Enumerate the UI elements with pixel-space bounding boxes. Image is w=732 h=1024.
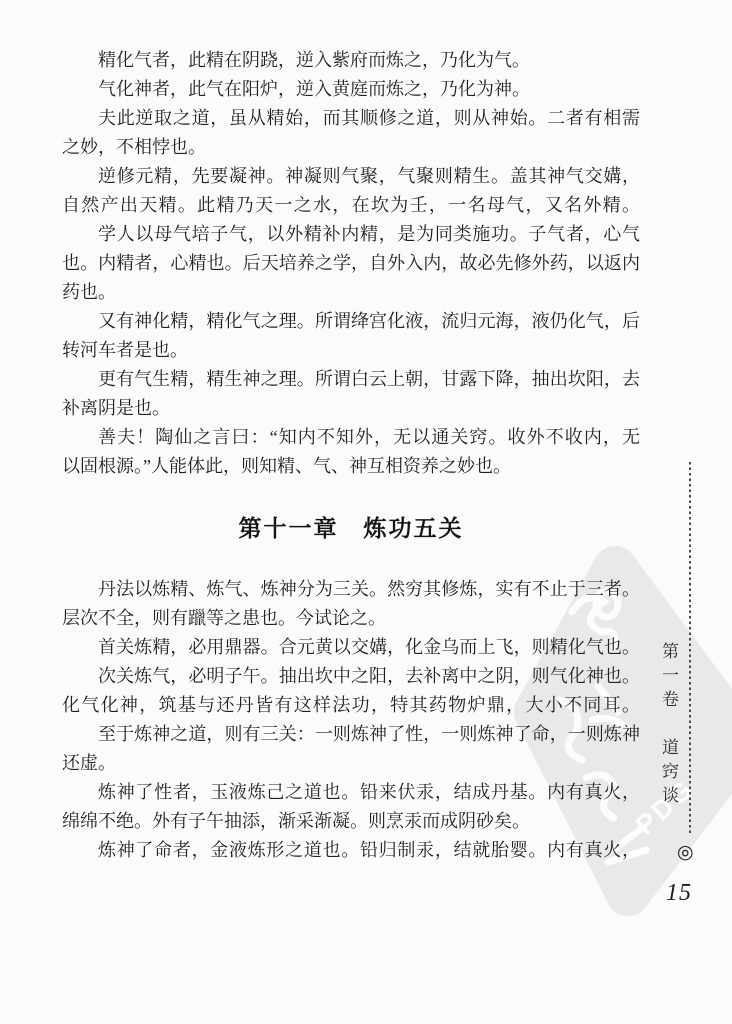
text-line: 气化神者，此气在阳炉，逆入黄庭而炼之，乃化为神。 bbox=[62, 75, 640, 104]
page-number: 15 bbox=[666, 880, 692, 907]
book-page: PDG 精化气者，此精在阴跷，逆入紫府而炼之，乃化为气。气化神者，此气在阳炉，逆… bbox=[0, 0, 732, 1024]
volume-side-label: 第一卷 道窍谈 bbox=[656, 642, 681, 810]
text-line: 转河车者是也。 bbox=[62, 336, 640, 365]
text-line: 绵绵不绝。外有子午抽添，渐采渐凝。则烹汞而成阴砂矣。 bbox=[62, 807, 640, 836]
text-line: 还虚。 bbox=[62, 749, 640, 778]
text-block: 精化气者，此精在阴跷，逆入紫府而炼之，乃化为气。气化神者，此气在阳炉，逆入黄庭而… bbox=[62, 46, 640, 865]
bullseye-mark: ◎ bbox=[677, 841, 694, 863]
text-line: 精化气者，此精在阴跷，逆入紫府而炼之，乃化为气。 bbox=[62, 46, 640, 75]
text-line: 之妙，不相悖也。 bbox=[62, 133, 640, 162]
text-line: 又有神化精，精化气之理。所谓绛宫化液，流归元海，液仍化气，后 bbox=[62, 307, 640, 336]
paragraphs-before-heading: 精化气者，此精在阴跷，逆入紫府而炼之，乃化为气。气化神者，此气在阳炉，逆入黄庭而… bbox=[62, 46, 640, 481]
text-line: 逆修元精，先要凝神。神凝则气聚，气聚则精生。盖其神气交媾， bbox=[62, 162, 640, 191]
text-line: 化气化神，筑基与还丹皆有这样法功，特其药物炉鼎，大小不同耳。 bbox=[62, 691, 640, 720]
text-line: 炼神了性者，玉液炼己之道也。铅来伏汞，结成丹基。内有真火， bbox=[62, 778, 640, 807]
text-line: 学人以母气培子气，以外精补内精，是为同类施功。子气者，心气 bbox=[62, 220, 640, 249]
text-line: 次关炼气，必明子午。抽出坎中之阳，去补离中之阴，则气化神也。 bbox=[62, 662, 640, 691]
text-line: 夫此逆取之道，虽从精始，而其顺修之道，则从神始。二者有相需 bbox=[62, 104, 640, 133]
text-line: 以固根源。”人能体此，则知精、气、神互相资养之妙也。 bbox=[62, 452, 640, 481]
text-line: 也。内精者，心精也。后天培养之学，自外入内，故必先修外药，以返内 bbox=[62, 249, 640, 278]
text-line: 丹法以炼精、炼气、炼神分为三关。然穷其修炼，实有不止于三者。 bbox=[62, 575, 640, 604]
text-line: 炼神了命者，金液炼形之道也。铅归制汞，结就胎婴。内有真火， bbox=[62, 836, 640, 865]
text-line: 首关炼精，必用鼎器。合元黄以交媾，化金乌而上飞，则精化气也。 bbox=[62, 633, 640, 662]
text-line: 自然产出天精。此精乃天一之水，在坎为壬，一名母气，又名外精。 bbox=[62, 191, 640, 220]
text-line: 更有气生精，精生神之理。所谓白云上朝，甘露下降，抽出坎阳，去 bbox=[62, 365, 640, 394]
text-line: 至于炼神之道，则有三关：一则炼神了性，一则炼神了命，一则炼神 bbox=[62, 720, 640, 749]
chapter-heading: 第十一章 炼功五关 bbox=[62, 511, 640, 547]
text-line: 层次不全，则有躐等之患也。今试论之。 bbox=[62, 604, 640, 633]
margin-dotted-rule bbox=[689, 462, 691, 836]
text-line: 药也。 bbox=[62, 278, 640, 307]
paragraphs-after-heading: 丹法以炼精、炼气、炼神分为三关。然穷其修炼，实有不止于三者。层次不全，则有躐等之… bbox=[62, 575, 640, 865]
text-line: 善夫！陶仙之言曰：“知内不知外，无以通关窍。收外不收内，无 bbox=[62, 423, 640, 452]
text-line: 补离阴是也。 bbox=[62, 394, 640, 423]
